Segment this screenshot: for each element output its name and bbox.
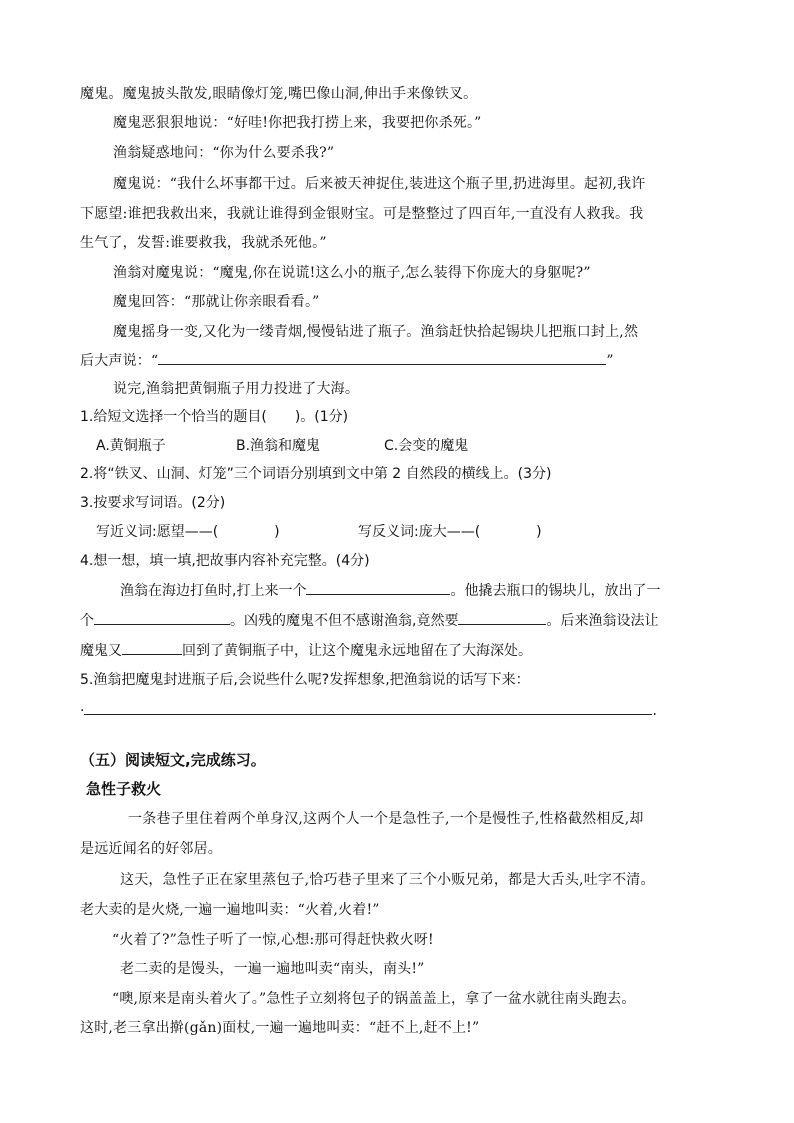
text: 。他撬去瓶口的锡块儿，放出了一	[450, 583, 660, 599]
antonym-item[interactable]: 写反义词:庞大——( )	[358, 524, 542, 540]
question-1: 1.给短文选择一个恰当的题目( )。(1分)	[80, 407, 348, 427]
option-a[interactable]: A.黄铜瓶子	[96, 436, 236, 456]
question-3: 3.按要求写词语。(2分)	[80, 493, 225, 513]
paragraph: 魔鬼说：“我什么坏事都干过。后来被天神捉住,装进这个瓶子里,扔进海里。起初,我许	[113, 174, 646, 194]
paragraph: 渔翁对魔鬼说：“魔鬼,你在说谎!这么小的瓶子,怎么装得下你庞大的身躯呢?”	[113, 263, 591, 283]
section-heading: （五）阅读短文,完成练习。	[80, 750, 266, 770]
paragraph: 渔翁疑惑地问：“你为什么要杀我?”	[113, 143, 334, 163]
question-2: 2.将“铁叉、山洞、灯笼”三个词语分别填到文中第 2 自然段的横线上。(3分)	[80, 464, 552, 484]
text: 后大声说：“	[80, 353, 158, 369]
text: 个	[80, 613, 94, 629]
synonym-item[interactable]: 写近义词:愿望——( )	[96, 522, 358, 542]
paragraph: 生气了，发誓:谁要救我，我就杀死他。”	[80, 233, 327, 253]
paragraph: 是远近闻名的好邻居。	[80, 839, 222, 859]
question-3-items: 写近义词:愿望——( )写反义词:庞大——( )	[96, 522, 542, 542]
paragraph: 这天，急性子正在家里蒸包子,恰巧巷子里来了三个小贩兄弟，都是大舌头,吐字不清。	[120, 870, 655, 890]
passage-title: 急性子救火	[86, 779, 161, 799]
text: .	[652, 703, 656, 719]
text: ”	[606, 353, 613, 369]
fill-in-blank[interactable]	[94, 610, 230, 625]
paragraph: 魔鬼摇身一变,又化为一缕青烟,慢慢钻进了瓶子。渔翁赶快拾起锡块儿把瓶口封上,然	[113, 322, 638, 342]
paragraph: 魔鬼。魔鬼披头散发,眼睛像灯笼,嘴巴像山洞,伸出手来像铁叉。	[80, 84, 477, 104]
paragraph: 老二卖的是馒头，一遍一遍地叫卖“南头，南头!”	[120, 959, 425, 979]
q4-line-1: 渔翁在海边打鱼时,打上来一个。他撬去瓶口的锡块儿，放出了一	[120, 580, 660, 601]
paragraph: 说完,渔翁把黄铜瓶子用力投进了大海。	[113, 379, 359, 399]
question-5: 5.渔翁把魔鬼封进瓶子后,会说些什么呢?发挥想象,把渔翁说的话写下来：	[80, 670, 530, 690]
paragraph: 一条巷子里住着两个单身汉,这两个人一个是急性子,一个是慢性子,性格截然相反,却	[128, 809, 644, 829]
q4-line-3: 魔鬼又回到了黄铜瓶子中，让这个魔鬼永远地留在了大海深处。	[80, 640, 532, 661]
text: 。凶残的魔鬼不但不感谢渔翁,竟然要	[230, 613, 458, 629]
option-b[interactable]: B.渔翁和魔鬼	[236, 436, 384, 456]
paragraph: 老大卖的是火烧,一遍一遍地叫卖：“火着,火着!”	[80, 900, 380, 920]
paragraph: 下愿望:谁把我救出来，我就让谁得到金银财宝。可是整整过了四百年,一直没有人救我。…	[80, 204, 643, 224]
q5-answer-line: ·.	[80, 700, 657, 721]
paragraph: 这时,老三拿出擀(gǎn)面杖,一遍一遍地叫卖：“赶不上,赶不上!”	[80, 1018, 479, 1038]
question-1-options: A.黄铜瓶子B.渔翁和魔鬼C.会变的魔鬼	[96, 436, 468, 456]
fill-in-blank[interactable]	[158, 350, 606, 365]
paragraph: “火着了?”急性子听了一惊,心想:那可得赶快救火呀!	[112, 930, 434, 950]
paragraph: 后大声说：“”	[80, 350, 614, 371]
option-c[interactable]: C.会变的魔鬼	[384, 438, 468, 454]
question-4: 4.想一想，填一填,把故事内容补充完整。(4分)	[80, 551, 370, 571]
fill-in-blank[interactable]	[306, 580, 450, 595]
paragraph: 魔鬼回答：“那就让你亲眼看看。”	[113, 292, 320, 312]
text: 。后来渔翁设法让	[546, 613, 658, 629]
fill-in-blank[interactable]	[122, 640, 182, 655]
text: 渔翁在海边打鱼时,打上来一个	[120, 583, 306, 599]
answer-blank[interactable]	[84, 700, 652, 715]
q4-line-2: 个。凶残的魔鬼不但不感谢渔翁,竟然要。后来渔翁设法让	[80, 610, 658, 631]
paragraph: 魔鬼恶狠狠地说：“好哇!你把我打捞上来，我要把你杀死。”	[113, 113, 482, 133]
paragraph: “噢,原来是南头着火了。”急性子立刻将包子的锅盖盖上，拿了一盆水就往南头跑去。	[112, 989, 636, 1009]
text: 魔鬼又	[80, 643, 122, 659]
text: 回到了黄铜瓶子中，让这个魔鬼永远地留在了大海深处。	[182, 643, 532, 659]
fill-in-blank[interactable]	[458, 610, 546, 625]
